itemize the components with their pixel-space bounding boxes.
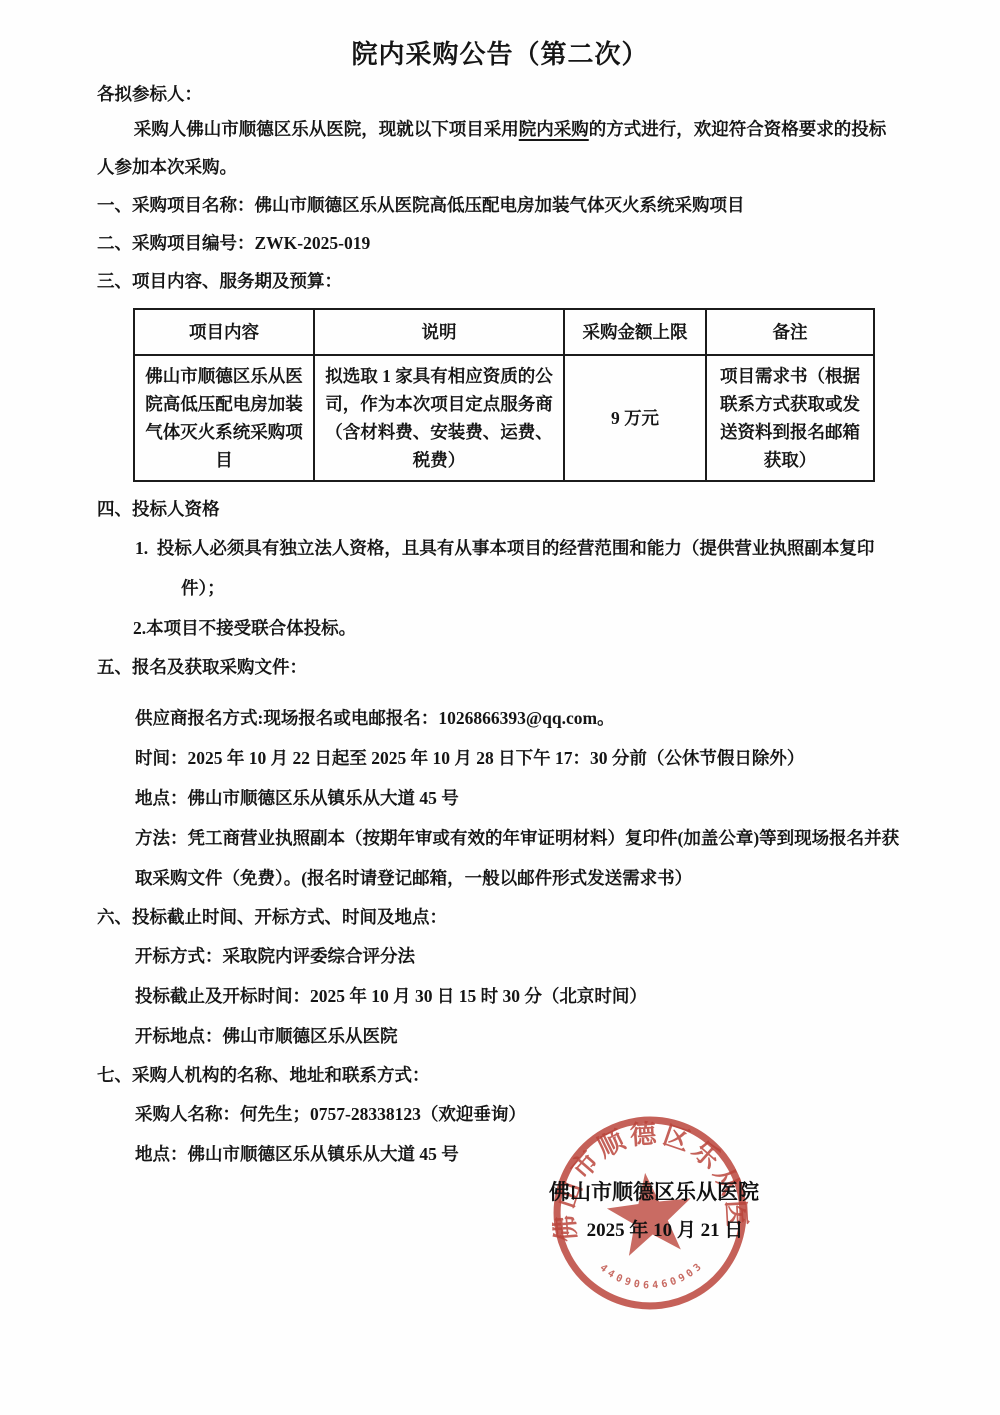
qualification-item-2: 2.本项目不接受联合体投标。 xyxy=(133,608,903,648)
section5-heading: 五、报名及获取采购文件： xyxy=(97,648,903,686)
cell-remarks: 项目需求书（根据联系方式获取或发送资料到报名邮箱获取） xyxy=(706,355,874,481)
section6-heading: 六、投标截止时间、开标方式、时间及地点： xyxy=(97,898,903,936)
cell-description: 拟选取 1 家具有相应资质的公司，作为本次项目定点服务商（含材料费、安装费、运费… xyxy=(314,355,564,481)
table-header-row: 项目内容 说明 采购金额上限 备注 xyxy=(134,309,874,355)
project-table: 项目内容 说明 采购金额上限 备注 佛山市顺德区乐从医院高低压配电房加装气体灭火… xyxy=(133,308,875,482)
intro-part1: 采购人佛山市顺德区乐从医院，现就以下项目采用 xyxy=(134,119,519,139)
bid-deadline-line: 投标截止及开标时间：2025 年 10 月 30 日 15 时 30 分（北京时… xyxy=(135,976,903,1016)
registration-procedure-line: 方法：凭工商营业执照副本（按期年审或有效的年审证明材料）复印件(加盖公章)等到现… xyxy=(135,818,903,898)
page-title: 院内采购公告（第二次） xyxy=(97,38,903,72)
section2-heading: 二、采购项目编号：ZWK-2025-019 xyxy=(97,224,903,262)
intro-paragraph: 采购人佛山市顺德区乐从医院，现就以下项目采用院内采购的方式进行，欢迎符合资格要求… xyxy=(97,110,903,186)
bid-opening-method-line: 开标方式：采取院内评委综合评分法 xyxy=(135,936,903,976)
signature-organization: 佛山市顺德区乐从医院 xyxy=(549,1180,759,1204)
cell-project-content: 佛山市顺德区乐从医院高低压配电房加装气体灭火系统采购项目 xyxy=(134,355,314,481)
section1-heading: 一、采购项目名称：佛山市顺德区乐从医院高低压配电房加装气体灭火系统采购项目 xyxy=(97,186,903,224)
document-page: 院内采购公告（第二次） 各拟参标人： 采购人佛山市顺德区乐从医院，现就以下项目采… xyxy=(0,0,1000,1415)
registration-time-line: 时间：2025 年 10 月 22 日起至 2025 年 10 月 28 日下午… xyxy=(135,738,903,778)
registration-address-line: 地点：佛山市顺德区乐从镇乐从大道 45 号 xyxy=(135,778,903,818)
signature-date: 2025 年 10 月 21 日 xyxy=(587,1219,744,1243)
purchaser-contact-line: 采购人名称：何先生；0757-28338123（欢迎垂询） xyxy=(135,1094,903,1134)
qualification-item-1: 1. 投标人必须具有独立法人资格，且具有从事本项目的经营范围和能力（提供营业执照… xyxy=(135,528,903,608)
section7-heading: 七、采购人机构的名称、地址和联系方式： xyxy=(97,1056,903,1094)
col-header-content: 项目内容 xyxy=(134,309,314,355)
bid-opening-location-line: 开标地点：佛山市顺德区乐从医院 xyxy=(135,1016,903,1056)
purchaser-address-line: 地点：佛山市顺德区乐从镇乐从大道 45 号 xyxy=(135,1134,903,1174)
salutation: 各拟参标人： xyxy=(97,78,903,110)
stamp-serial-number: 440906460903 xyxy=(597,1250,709,1298)
intro-underlined-term: 院内采购 xyxy=(519,119,589,139)
col-header-remarks: 备注 xyxy=(706,309,874,355)
section4-heading: 四、投标人资格 xyxy=(97,490,903,528)
col-header-budget-cap: 采购金额上限 xyxy=(564,309,706,355)
table-row: 佛山市顺德区乐从医院高低压配电房加装气体灭火系统采购项目 拟选取 1 家具有相应… xyxy=(134,355,874,481)
cell-budget-cap: 9 万元 xyxy=(564,355,706,481)
section3-heading: 三、项目内容、服务期及预算： xyxy=(97,262,903,300)
col-header-description: 说明 xyxy=(314,309,564,355)
signature-area: 佛山市顺德区乐从医院 440906460903 佛山市顺德区乐从医院 2025 … xyxy=(97,1174,903,1415)
registration-method-line: 供应商报名方式:现场报名或电邮报名：1026866393@qq.com。 xyxy=(135,698,903,738)
official-seal-stamp-icon: 佛山市顺德区乐从医院 440906460903 xyxy=(537,1100,762,1325)
svg-text:440906460903: 440906460903 xyxy=(597,1250,709,1298)
